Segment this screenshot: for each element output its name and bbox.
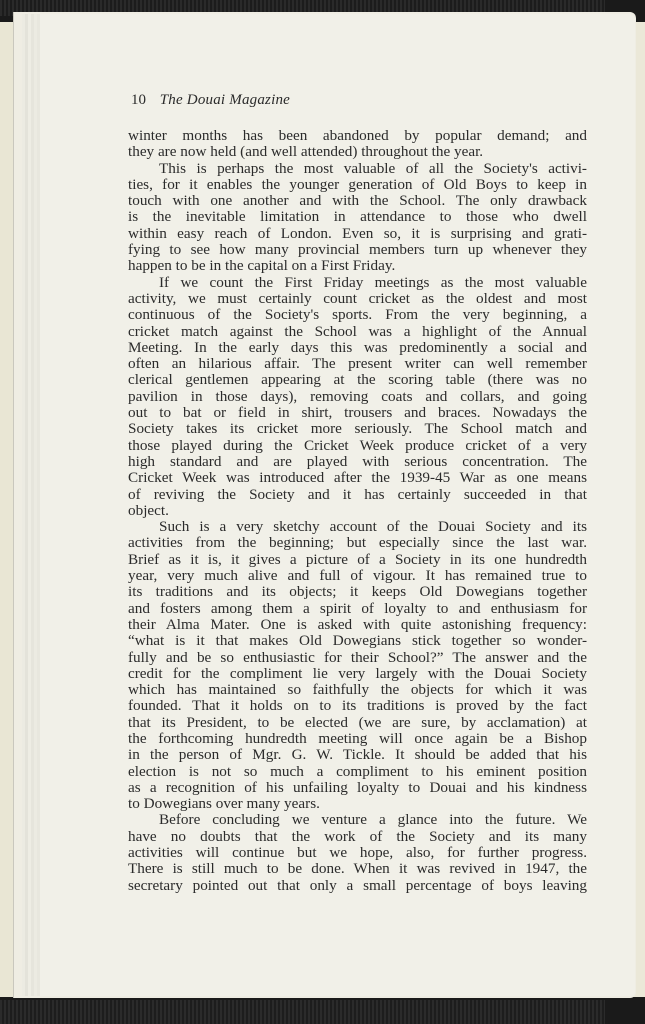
text-line: ties, for it enables the younger generat…	[128, 177, 587, 193]
text-line: secretary pointed out that only a small …	[128, 878, 587, 894]
paragraph: This is perhaps the most valuable of all…	[128, 161, 587, 275]
text-line: and fosters among them a spirit of loyal…	[128, 601, 587, 617]
text-line: founded. That it holds on to its traditi…	[128, 698, 587, 714]
text-line: of reviving the Society and it has certa…	[128, 487, 587, 503]
text-line: cricket match against the School was a h…	[128, 324, 587, 340]
text-line: as a recognition of his unfailing loyalt…	[128, 780, 587, 796]
text-line: If we count the First Friday meetings as…	[128, 275, 587, 291]
paragraph: If we count the First Friday meetings as…	[128, 275, 587, 519]
text-line: high standard and are played with seriou…	[128, 454, 587, 470]
text-line: credit for the compliment lie very large…	[128, 666, 587, 682]
text-line: This is perhaps the most valuable of all…	[128, 161, 587, 177]
text-line: year, very much alive and full of vigour…	[128, 568, 587, 584]
text-line: election is not so much a compliment to …	[128, 764, 587, 780]
text-line: touch with one another and with the Scho…	[128, 193, 587, 209]
page-number: 10	[131, 92, 146, 108]
article-body: winter months has been abandoned by popu…	[128, 128, 587, 894]
text-line: which has maintained so faithfully the o…	[128, 682, 587, 698]
paragraph: Before concluding we venture a glance in…	[128, 812, 587, 893]
text-line: object.	[128, 503, 587, 519]
text-line: is the inevitable limitation in attendan…	[128, 209, 587, 225]
text-line: within easy reach of London. Even so, it…	[128, 226, 587, 242]
text-line: pavilion in those days), removing coats …	[128, 389, 587, 405]
text-line: “what is it that makes Old Dowegians sti…	[128, 633, 587, 649]
text-line: Before concluding we venture a glance in…	[128, 812, 587, 828]
text-line: activity, we must certainly count cricke…	[128, 291, 587, 307]
text-line: those played during the Cricket Week pro…	[128, 438, 587, 454]
text-line: that its President, to be elected (we ar…	[128, 715, 587, 731]
text-line: continuous of the Society's sports. From…	[128, 307, 587, 323]
paragraph: Such is a very sketchy account of the Do…	[128, 519, 587, 812]
text-line: Such is a very sketchy account of the Do…	[128, 519, 587, 535]
text-line: often an hilarious affair. The present w…	[128, 356, 587, 372]
book-cover-bottom	[0, 1000, 605, 1024]
text-line: fully and be so enthusiastic for their S…	[128, 650, 587, 666]
text-line: activities will continue but we hope, al…	[128, 845, 587, 861]
text-line: the forthcoming hundredth meeting will o…	[128, 731, 587, 747]
paragraph: winter months has been abandoned by popu…	[128, 128, 587, 161]
text-line: clerical gentlemen appearing at the scor…	[128, 372, 587, 388]
text-line: fying to see how many provincial members…	[128, 242, 587, 258]
text-line: its traditions and its objects; it keeps…	[128, 584, 587, 600]
text-line: out to bat or field in shirt, trousers a…	[128, 405, 587, 421]
text-line: have no doubts that the work of the Soci…	[128, 829, 587, 845]
text-line: in the person of Mgr. G. W. Tickle. It s…	[128, 747, 587, 763]
text-line: Brief as it is, it gives a picture of a …	[128, 552, 587, 568]
running-head: 10 The Douai Magazine	[131, 92, 290, 109]
magazine-title: The Douai Magazine	[160, 92, 290, 108]
text-line: to Dowegians over many years.	[128, 796, 587, 812]
text-line: happen to be in the capital on a First F…	[128, 258, 587, 274]
text-line: they are now held (and well attended) th…	[128, 144, 587, 160]
text-line: There is still much to be done. When it …	[128, 861, 587, 877]
text-line: Meeting. In the early days this was pred…	[128, 340, 587, 356]
text-line: Cricket Week was introduced after the 19…	[128, 470, 587, 486]
text-line: winter months has been abandoned by popu…	[128, 128, 587, 144]
text-line: activities from the beginning; but espec…	[128, 535, 587, 551]
text-line: Society takes its cricket more seriously…	[128, 421, 587, 437]
text-line: their Alma Mater. One is asked with quit…	[128, 617, 587, 633]
